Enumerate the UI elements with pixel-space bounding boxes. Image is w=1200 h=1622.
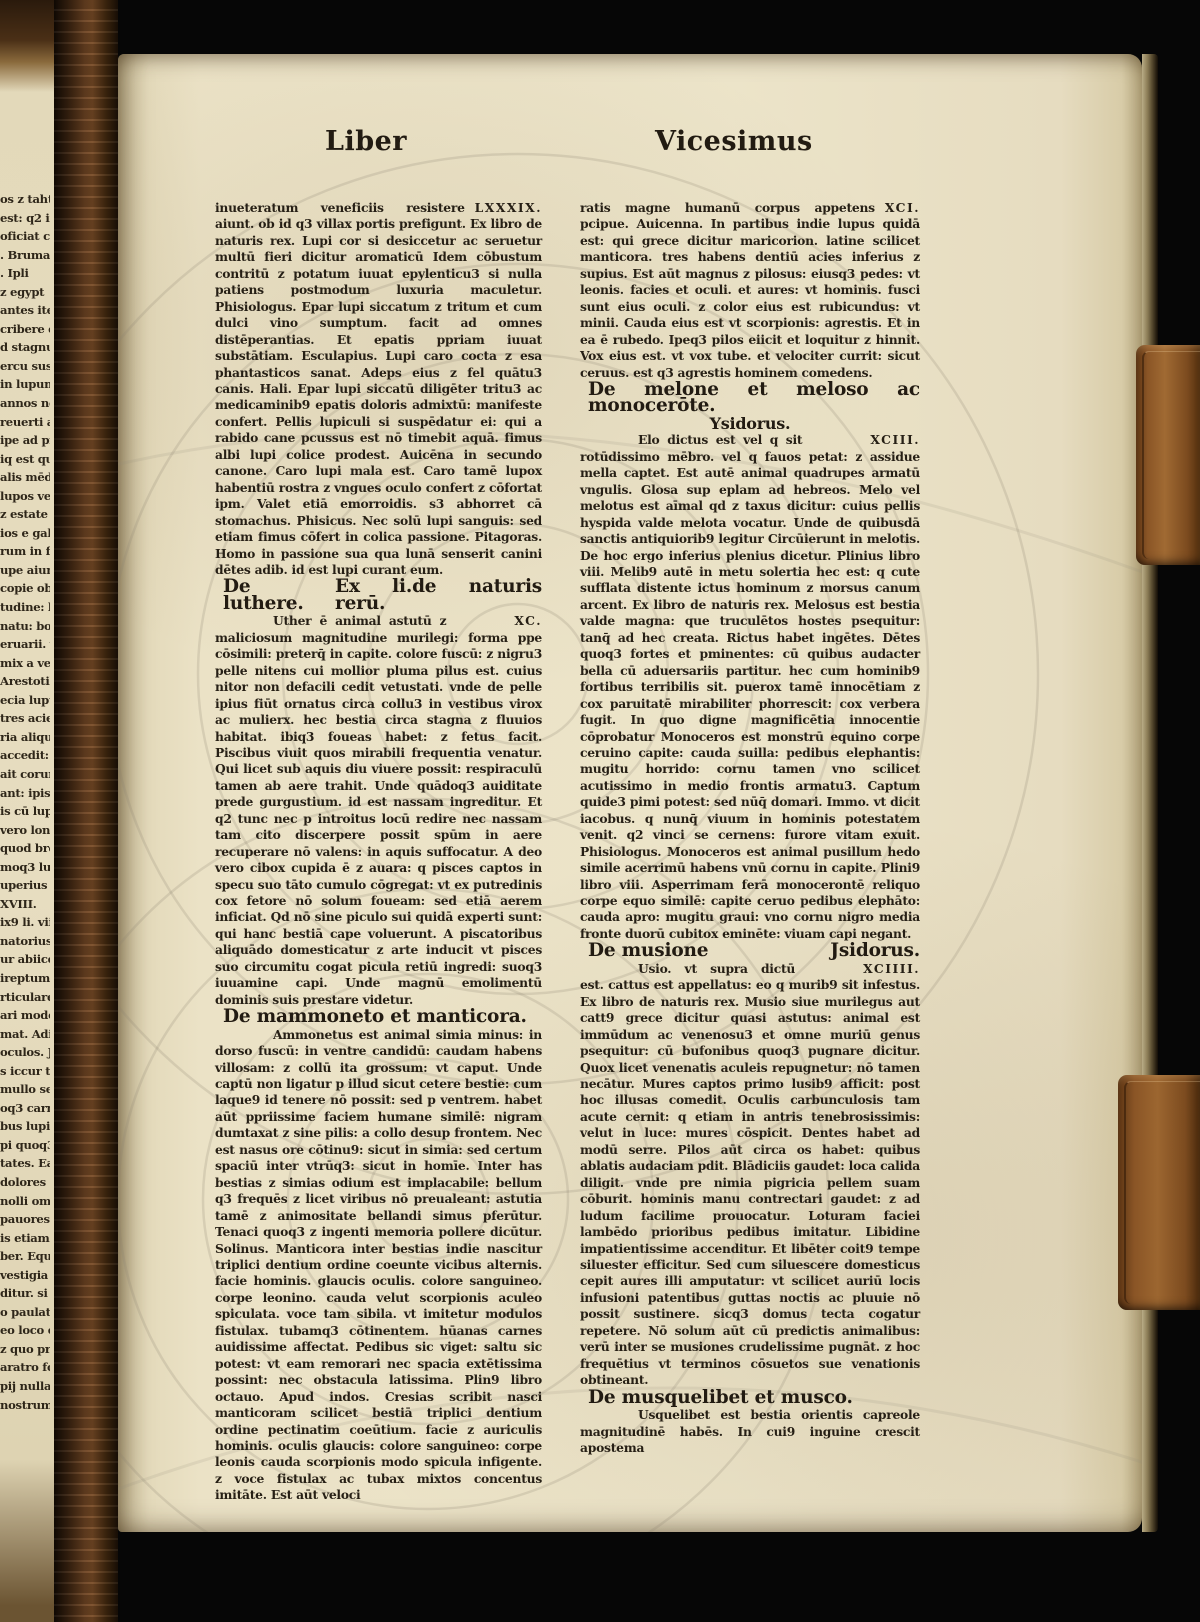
left-text-column: LXXXIX.inueteratum veneficiis resistere … xyxy=(215,200,542,1504)
facing-page-text-fragment: d stagnum xyxy=(0,338,50,357)
chapter-source: Ex li.de naturis rerū. xyxy=(335,579,542,612)
paragraph-lupus: LXXXIX.inueteratum veneficiis resistere … xyxy=(215,200,542,578)
facing-page-text-fragment: ireptum vi xyxy=(0,969,50,988)
facing-page-text-fragment: copie obli xyxy=(0,579,50,598)
facing-page-text-fragment: ari modo il xyxy=(0,1006,50,1025)
facing-page-text-fragment: accedit: z i xyxy=(0,746,50,765)
paragraph-manticora-text: ratis magne humanū corpus appetens pcipu… xyxy=(580,200,920,380)
facing-page-text-fragment: reuerti ad xyxy=(0,413,50,432)
facing-page-text-fragment: mix a ven xyxy=(0,654,50,673)
chapter-author-jsidorus: Jsidorus. xyxy=(830,943,920,959)
facing-page-text-fragment: os z tahto xyxy=(0,190,50,209)
facing-page-edge: os z tahtoest: q2 insioficiat cur. Bruma… xyxy=(0,0,54,1622)
facing-page-text-fragment: oculos. Jd xyxy=(0,1043,50,1062)
facing-page-text-fragment: dolores mi xyxy=(0,1173,50,1192)
chapter-title: De musquelibet et musco. xyxy=(580,1390,853,1406)
paragraph-lupus-text: inueteratum veneficiis resistere aiunt. … xyxy=(215,200,542,577)
facing-page-text-fragment: oficiat cur xyxy=(0,227,50,246)
facing-page-text-fragment: ditur. si vni xyxy=(0,1284,50,1303)
facing-page-text-fragment: o paulatum xyxy=(0,1303,50,1322)
chapter-title: De luthere. xyxy=(215,579,335,612)
facing-page-text-fragment: pij nulla ani xyxy=(0,1377,50,1396)
facing-page-text-fragment: moq3 lupox xyxy=(0,858,50,877)
paragraph-musquelibet: Usquelibet est bestia orientis capreole … xyxy=(580,1407,920,1456)
facing-page-text-fragment: ercu suspē xyxy=(0,357,50,376)
facing-page-text-fragment: cribere ex xyxy=(0,320,50,339)
facing-page-text-fragment: XVIII. xyxy=(0,895,50,914)
facing-page-text-fragment: eruarii. vt xyxy=(0,635,50,654)
chapter-author-ysidorus: Ysidorus. xyxy=(580,416,920,432)
facing-page-text-fragment: z quo prim9 xyxy=(0,1340,50,1359)
facing-page-text-fragment: tudine: bre xyxy=(0,598,50,617)
facing-page-text-fragment: annos no xyxy=(0,394,50,413)
chapter-number-xci: XCI. xyxy=(875,200,920,216)
paragraph-musione: XCIIII.Usio. vt supra dictū est. cattus … xyxy=(580,961,920,1389)
facing-page-text-fragment: s iccur toti xyxy=(0,1062,50,1081)
paragraph-luther: XC.Uther ē animal astutū z maliciosum ma… xyxy=(215,613,542,1008)
facing-page-text-fragment: tates. Eadē xyxy=(0,1154,50,1173)
facing-page-text-fragment: est: q2 insi xyxy=(0,209,50,228)
facing-page-text-fragment: natorius vi xyxy=(0,932,50,951)
facing-page-text-fragment: quod breue xyxy=(0,839,50,858)
right-text-column: XCI.ratis magne humanū corpus appetens p… xyxy=(580,200,920,1504)
chapter-heading-de-melone: De melone et meloso ac monocerōte. xyxy=(580,382,920,415)
facing-page-text-fragments: os z tahtoest: q2 insioficiat cur. Bruma… xyxy=(0,190,50,1414)
facing-page-text-fragment: mat. Adipe xyxy=(0,1025,50,1044)
chapter-number-xciii: XCIII. xyxy=(802,432,920,448)
running-head-vicesimus: Vicesimus xyxy=(655,126,813,157)
chapter-heading-de-luthere: De luthere. Ex li.de naturis rerū. xyxy=(215,579,542,612)
facing-page-text-fragment: iq est quo xyxy=(0,450,50,469)
chapter-number-xciiii: XCIIII. xyxy=(795,961,920,977)
facing-page-text-fragment: ios e gallia xyxy=(0,524,50,543)
running-head-liber: Liber xyxy=(325,126,407,157)
facing-page-text-fragment: nostrum lupi xyxy=(0,1396,50,1415)
page-block-fore-edge xyxy=(1142,54,1158,1532)
facing-page-text-fragment: pauores in xyxy=(0,1210,50,1229)
facing-page-text-fragment: nolli omēs xyxy=(0,1192,50,1211)
facing-page-text-fragment: bus lupi re xyxy=(0,1117,50,1136)
facing-page-text-fragment: mullo sedat xyxy=(0,1080,50,1099)
facing-page-text-fragment: ant: ipisq3 xyxy=(0,784,50,803)
facing-page-text-fragment: vestigia lu xyxy=(0,1266,50,1285)
facing-page-text-fragment: ecia lupus xyxy=(0,691,50,710)
facing-page-text-fragment: ber. Equos xyxy=(0,1247,50,1266)
facing-page-text-fragment: pi quoq3 ex xyxy=(0,1136,50,1155)
book-spine-gutter xyxy=(54,0,118,1622)
facing-page-text-fragment: is cū lupis xyxy=(0,802,50,821)
facing-page-text-fragment: ur abiicere: xyxy=(0,950,50,969)
facing-page-text-fragment: ria aliquod xyxy=(0,728,50,747)
paragraph-melone: XCIII.Elo dictus est vel q sit rotūdissi… xyxy=(580,432,920,942)
chapter-heading-de-mammoneto: De mammoneto et manticora. xyxy=(215,1009,542,1025)
chapter-title: De musione xyxy=(580,943,708,959)
paragraph-mammoneto-text: Ammonetus est animal simia minus: in dor… xyxy=(215,1027,542,1503)
facing-page-text-fragment: Arestotiles xyxy=(0,672,50,691)
facing-page-text-fragment: in lupum xyxy=(0,375,50,394)
facing-page-text-fragment: natu: bomi xyxy=(0,617,50,636)
paragraph-melone-text: Elo dictus est vel q sit rotūdissimo mēb… xyxy=(580,432,920,941)
facing-page-text-fragment: . Ipli xyxy=(0,264,50,283)
facing-page-text-fragment: z egypt xyxy=(0,283,50,302)
incunabula-book-photo: os z tahtoest: q2 insioficiat cur. Bruma… xyxy=(0,0,1200,1622)
chapter-heading-de-musquelibet: De musquelibet et musco. xyxy=(580,1390,920,1406)
facing-page-text-fragment: . Bruma xyxy=(0,246,50,265)
facing-page-text-fragment: ipe ad pri xyxy=(0,431,50,450)
facing-page-text-fragment: oq3 carnes xyxy=(0,1099,50,1118)
facing-page-text-fragment: ait corum xyxy=(0,765,50,784)
leather-strap-bottom xyxy=(1118,1075,1200,1310)
paragraph-musione-text: Usio. vt supra dictū est. cattus est app… xyxy=(580,961,920,1387)
chapter-number-xc: XC. xyxy=(446,613,542,629)
facing-page-text-fragment: vero long9 xyxy=(0,821,50,840)
paragraph-mammoneto: Ammonetus est animal simia minus: in dor… xyxy=(215,1027,542,1504)
facing-page-text-fragment: uperius in xyxy=(0,876,50,895)
chapter-title: De melone et meloso ac monocerōte. xyxy=(580,382,920,415)
leather-strap-top xyxy=(1136,345,1200,565)
chapter-number-lxxxix: LXXXIX. xyxy=(465,200,542,216)
facing-page-text-fragment: upe aiunt. xyxy=(0,561,50,580)
facing-page-text-fragment: rum in fa xyxy=(0,542,50,561)
facing-page-text-fragment: tres acies xyxy=(0,709,50,728)
facing-page-text-fragment: ix9 li. viii. xyxy=(0,913,50,932)
facing-page-text-fragment: antes iter xyxy=(0,301,50,320)
facing-page-text-fragment: alis mēda xyxy=(0,468,50,487)
facing-page-text-fragment: z estate de xyxy=(0,505,50,524)
facing-page-text-fragment: eo loco ex xyxy=(0,1321,50,1340)
paragraph-manticora-continuation: XCI.ratis magne humanū corpus appetens p… xyxy=(580,200,920,381)
book-page: Liber Vicesimus LXXXIX.inueteratum venef… xyxy=(118,54,1142,1532)
paragraph-musquelibet-text: Usquelibet est bestia orientis capreole … xyxy=(580,1407,920,1455)
facing-page-text-fragment: rticulare est xyxy=(0,988,50,1007)
text-block: LXXXIX.inueteratum veneficiis resistere … xyxy=(118,200,1142,1504)
chapter-title: De mammoneto et manticora. xyxy=(215,1009,527,1025)
chapter-heading-de-musione: De musione Jsidorus. xyxy=(580,943,920,959)
facing-page-text-fragment: lupos ver xyxy=(0,487,50,506)
facing-page-text-fragment: is etiam alli xyxy=(0,1229,50,1248)
facing-page-text-fragment: aratro foc9 xyxy=(0,1358,50,1377)
paragraph-luther-text: Uther ē animal astutū z maliciosum magni… xyxy=(215,613,542,1006)
